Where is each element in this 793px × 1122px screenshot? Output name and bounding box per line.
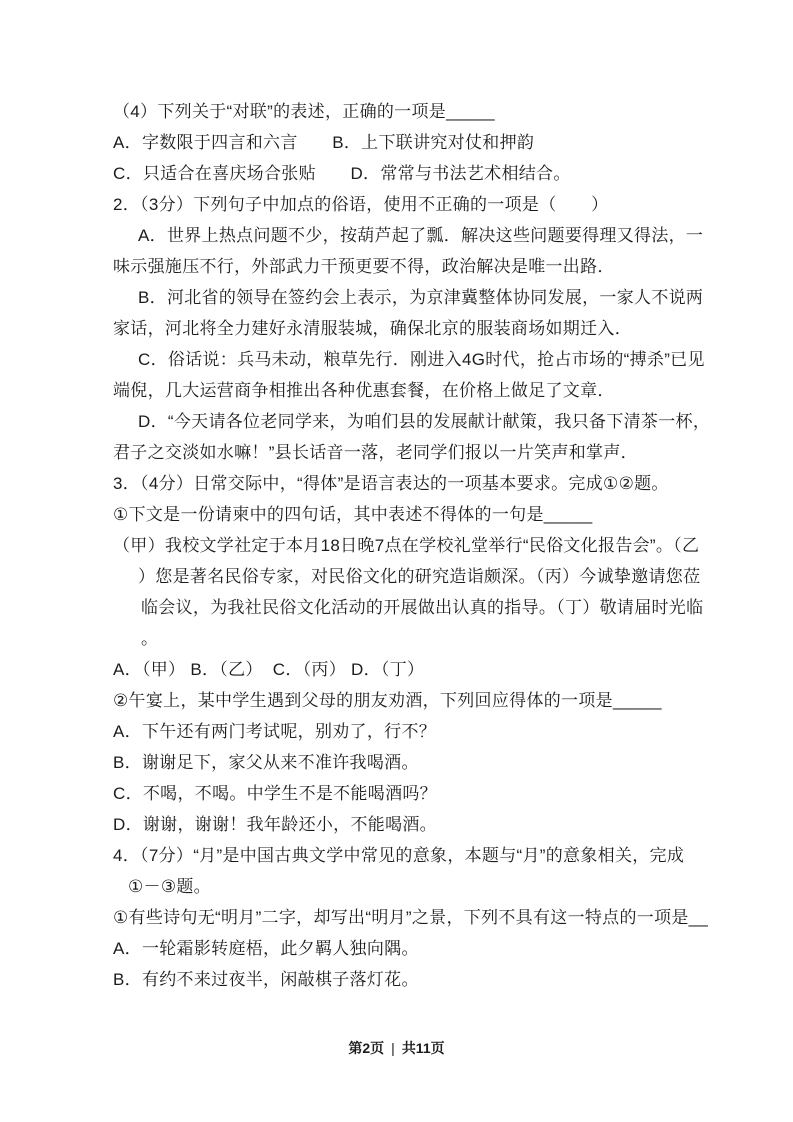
q2-stem: 2．（3分）下列句子中加点的俗语，使用不正确的一项是（ ） <box>113 189 773 220</box>
q2-option-b-line2: 家话，河北将全力建好永清服装城，确保北京的服装商场如期迁入． <box>113 313 773 344</box>
q3-invitation-line2: ）您是著名民俗专家，对民俗文化的研究造诣颇深。（丙）今诚挚邀请您莅 <box>113 561 773 592</box>
q3-sub2-stem: ②午宴上，某中学生遇到父母的朋友劝酒，下列回应得体的一项是_____ <box>113 685 773 716</box>
q3-sub1-options: A．（甲） B．（乙） C．（丙） D．（丁） <box>113 654 773 685</box>
q1-4-stem: （4）下列关于“对联”的表述，正确的一项是_____ <box>113 96 773 127</box>
q3-invitation-line4: 。 <box>113 623 773 654</box>
q2-option-b-line1: B．河北省的领导在签约会上表示，为京津冀整体协同发展，一家人不说两 <box>113 282 773 313</box>
document-text-block: （4）下列关于“对联”的表述，正确的一项是_____ A．字数限于四言和六言 B… <box>113 96 773 995</box>
footer-total-pages: 共11页 <box>402 1040 445 1056</box>
q1-4-options-a-b: A．字数限于四言和六言 B．上下联讲究对仗和押韵 <box>113 127 773 158</box>
q2-option-c-line1: C．俗话说：兵马未动，粮草先行．刚进入4G时代，抢占市场的“搏杀”已见 <box>113 344 773 375</box>
footer-separator: | <box>391 1040 395 1056</box>
q2-option-d-line2: 君子之交淡如水嘛！”县长话音一落，老同学们报以一片笑声和掌声． <box>113 437 773 468</box>
q3-stem: 3．（4分）日常交际中，“得体”是语言表达的一项基本要求。完成①②题。 <box>113 468 773 499</box>
q3-invitation-line1: （甲）我校文学社定于本月18日晚7点在学校礼堂举行“民俗文化报告会”。（乙 <box>113 530 773 561</box>
q2-option-a-line2: 味示强施压不行，外部武力干预更要不得，政治解决是唯一出路． <box>113 251 773 282</box>
q3-invitation-line3: 临会议，为我社民俗文化活动的开展做出认真的指导。（丁）敬请届时光临 <box>113 592 773 623</box>
q2-option-c-line2: 端倪，几大运营商争相推出各种优惠套餐，在价格上做足了文章． <box>113 375 773 406</box>
q4-stem-line2: ①－③题。 <box>113 871 773 902</box>
q2-option-d-line1: D．“今天请各位老同学来，为咱们县的发展献计献策，我只备下清茶一杯， <box>113 406 773 437</box>
exam-paper-page: （4）下列关于“对联”的表述，正确的一项是_____ A．字数限于四言和六言 B… <box>0 0 793 1122</box>
q4-sub1-stem: ①有些诗句无“明月”二字，却写出“明月”之景，下列不具有这一特点的一项是__ <box>113 902 773 933</box>
q4-stem-line1: 4．（7分）“月”是中国古典文学中常见的意象，本题与“月”的意象相关，完成 <box>113 840 773 871</box>
q4-sub1-option-a: A．一轮霜影转庭梧，此夕羁人独向隅。 <box>113 933 773 964</box>
q2-option-a-line1: A．世界上热点问题不少，按葫芦起了瓢．解决这些问题要得理又得法，一 <box>113 220 773 251</box>
q4-sub1-option-b: B．有约不来过夜半，闲敲棋子落灯花。 <box>113 964 773 995</box>
q1-4-options-c-d: C．只适合在喜庆场合张贴 D．常常与书法艺术相结合。 <box>113 158 773 189</box>
q3-sub2-option-a: A．下午还有两门考试呢，别劝了，行不？ <box>113 716 773 747</box>
page-footer: 第2页|共11页 <box>0 1036 793 1060</box>
q3-sub2-option-c: C．不喝，不喝。中学生不是不能喝酒吗？ <box>113 778 773 809</box>
q3-sub2-option-d: D．谢谢，谢谢！我年龄还小，不能喝酒。 <box>113 809 773 840</box>
q3-sub2-option-b: B．谢谢足下，家父从来不准许我喝酒。 <box>113 747 773 778</box>
q3-sub1-stem: ①下文是一份请柬中的四句话，其中表述不得体的一句是_____ <box>113 499 773 530</box>
footer-page-number: 第2页 <box>348 1040 384 1056</box>
